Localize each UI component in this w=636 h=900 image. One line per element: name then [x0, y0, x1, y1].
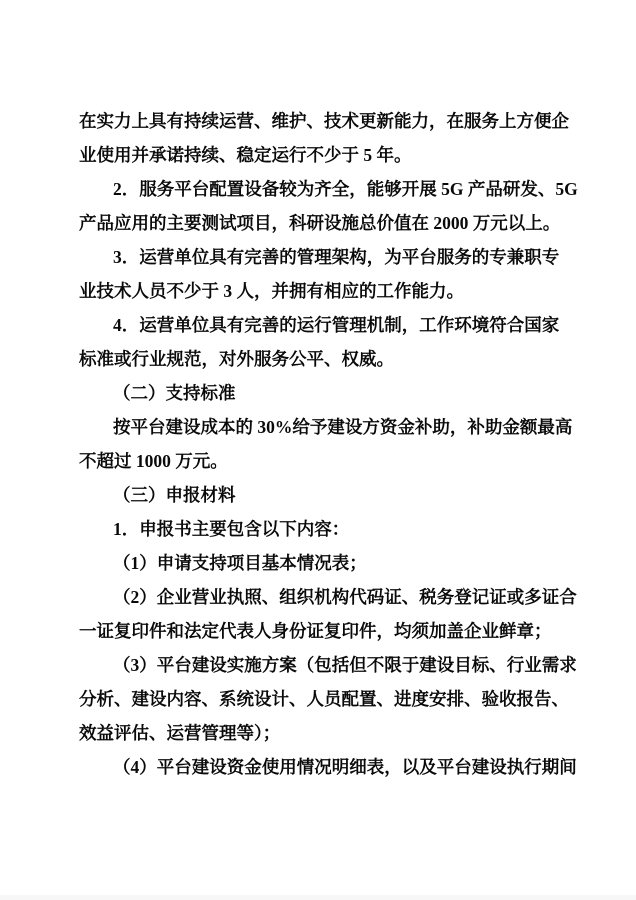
text-line: （3）平台建设实施方案（包括但不限于建设目标、行业需求	[79, 648, 559, 682]
text-line: 不超过 1000 万元。	[79, 444, 559, 478]
text-line: 一证复印件和法定代表人身份证复印件，均须加盖企业鲜章；	[79, 614, 559, 648]
text-line: （三）申报材料	[79, 478, 559, 512]
text-line: 3．运营单位具有完善的管理架构，为平台服务的专兼职专	[79, 240, 559, 274]
text-line: （1）申请支持项目基本情况表；	[79, 546, 559, 580]
text-line: 效益评估、运营管理等）；	[79, 716, 559, 750]
page-bottom-edge	[0, 895, 636, 900]
text-line: 产品应用的主要测试项目，科研设施总价值在 2000 万元以上。	[79, 206, 559, 240]
document-text-block: 在实力上具有持续运营、维护、技术更新能力，在服务上方便企业使用并承诺持续、稳定运…	[79, 104, 559, 784]
text-line: 2．服务平台配置设备较为齐全，能够开展 5G 产品研发、5G	[79, 172, 559, 206]
text-line: 1．申报书主要包含以下内容：	[79, 512, 559, 546]
scanned-document-page: 在实力上具有持续运营、维护、技术更新能力，在服务上方便企业使用并承诺持续、稳定运…	[0, 0, 636, 900]
text-line: 4．运营单位具有完善的运行管理机制，工作环境符合国家	[79, 308, 559, 342]
text-line: （2）企业营业执照、组织机构代码证、税务登记证或多证合	[79, 580, 559, 614]
text-line: （二）支持标准	[79, 376, 559, 410]
text-line: 按平台建设成本的 30%给予建设方资金补助，补助金额最高	[79, 410, 559, 444]
text-line: 业技术人员不少于 3 人，并拥有相应的工作能力。	[79, 274, 559, 308]
text-line: 分析、建设内容、系统设计、人员配置、进度安排、验收报告、	[79, 682, 559, 716]
text-line: （4）平台建设资金使用情况明细表，以及平台建设执行期间	[79, 750, 559, 784]
text-line: 业使用并承诺持续、稳定运行不少于 5 年。	[79, 138, 559, 172]
text-line: 在实力上具有持续运营、维护、技术更新能力，在服务上方便企	[79, 104, 559, 138]
text-line: 标准或行业规范，对外服务公平、权威。	[79, 342, 559, 376]
